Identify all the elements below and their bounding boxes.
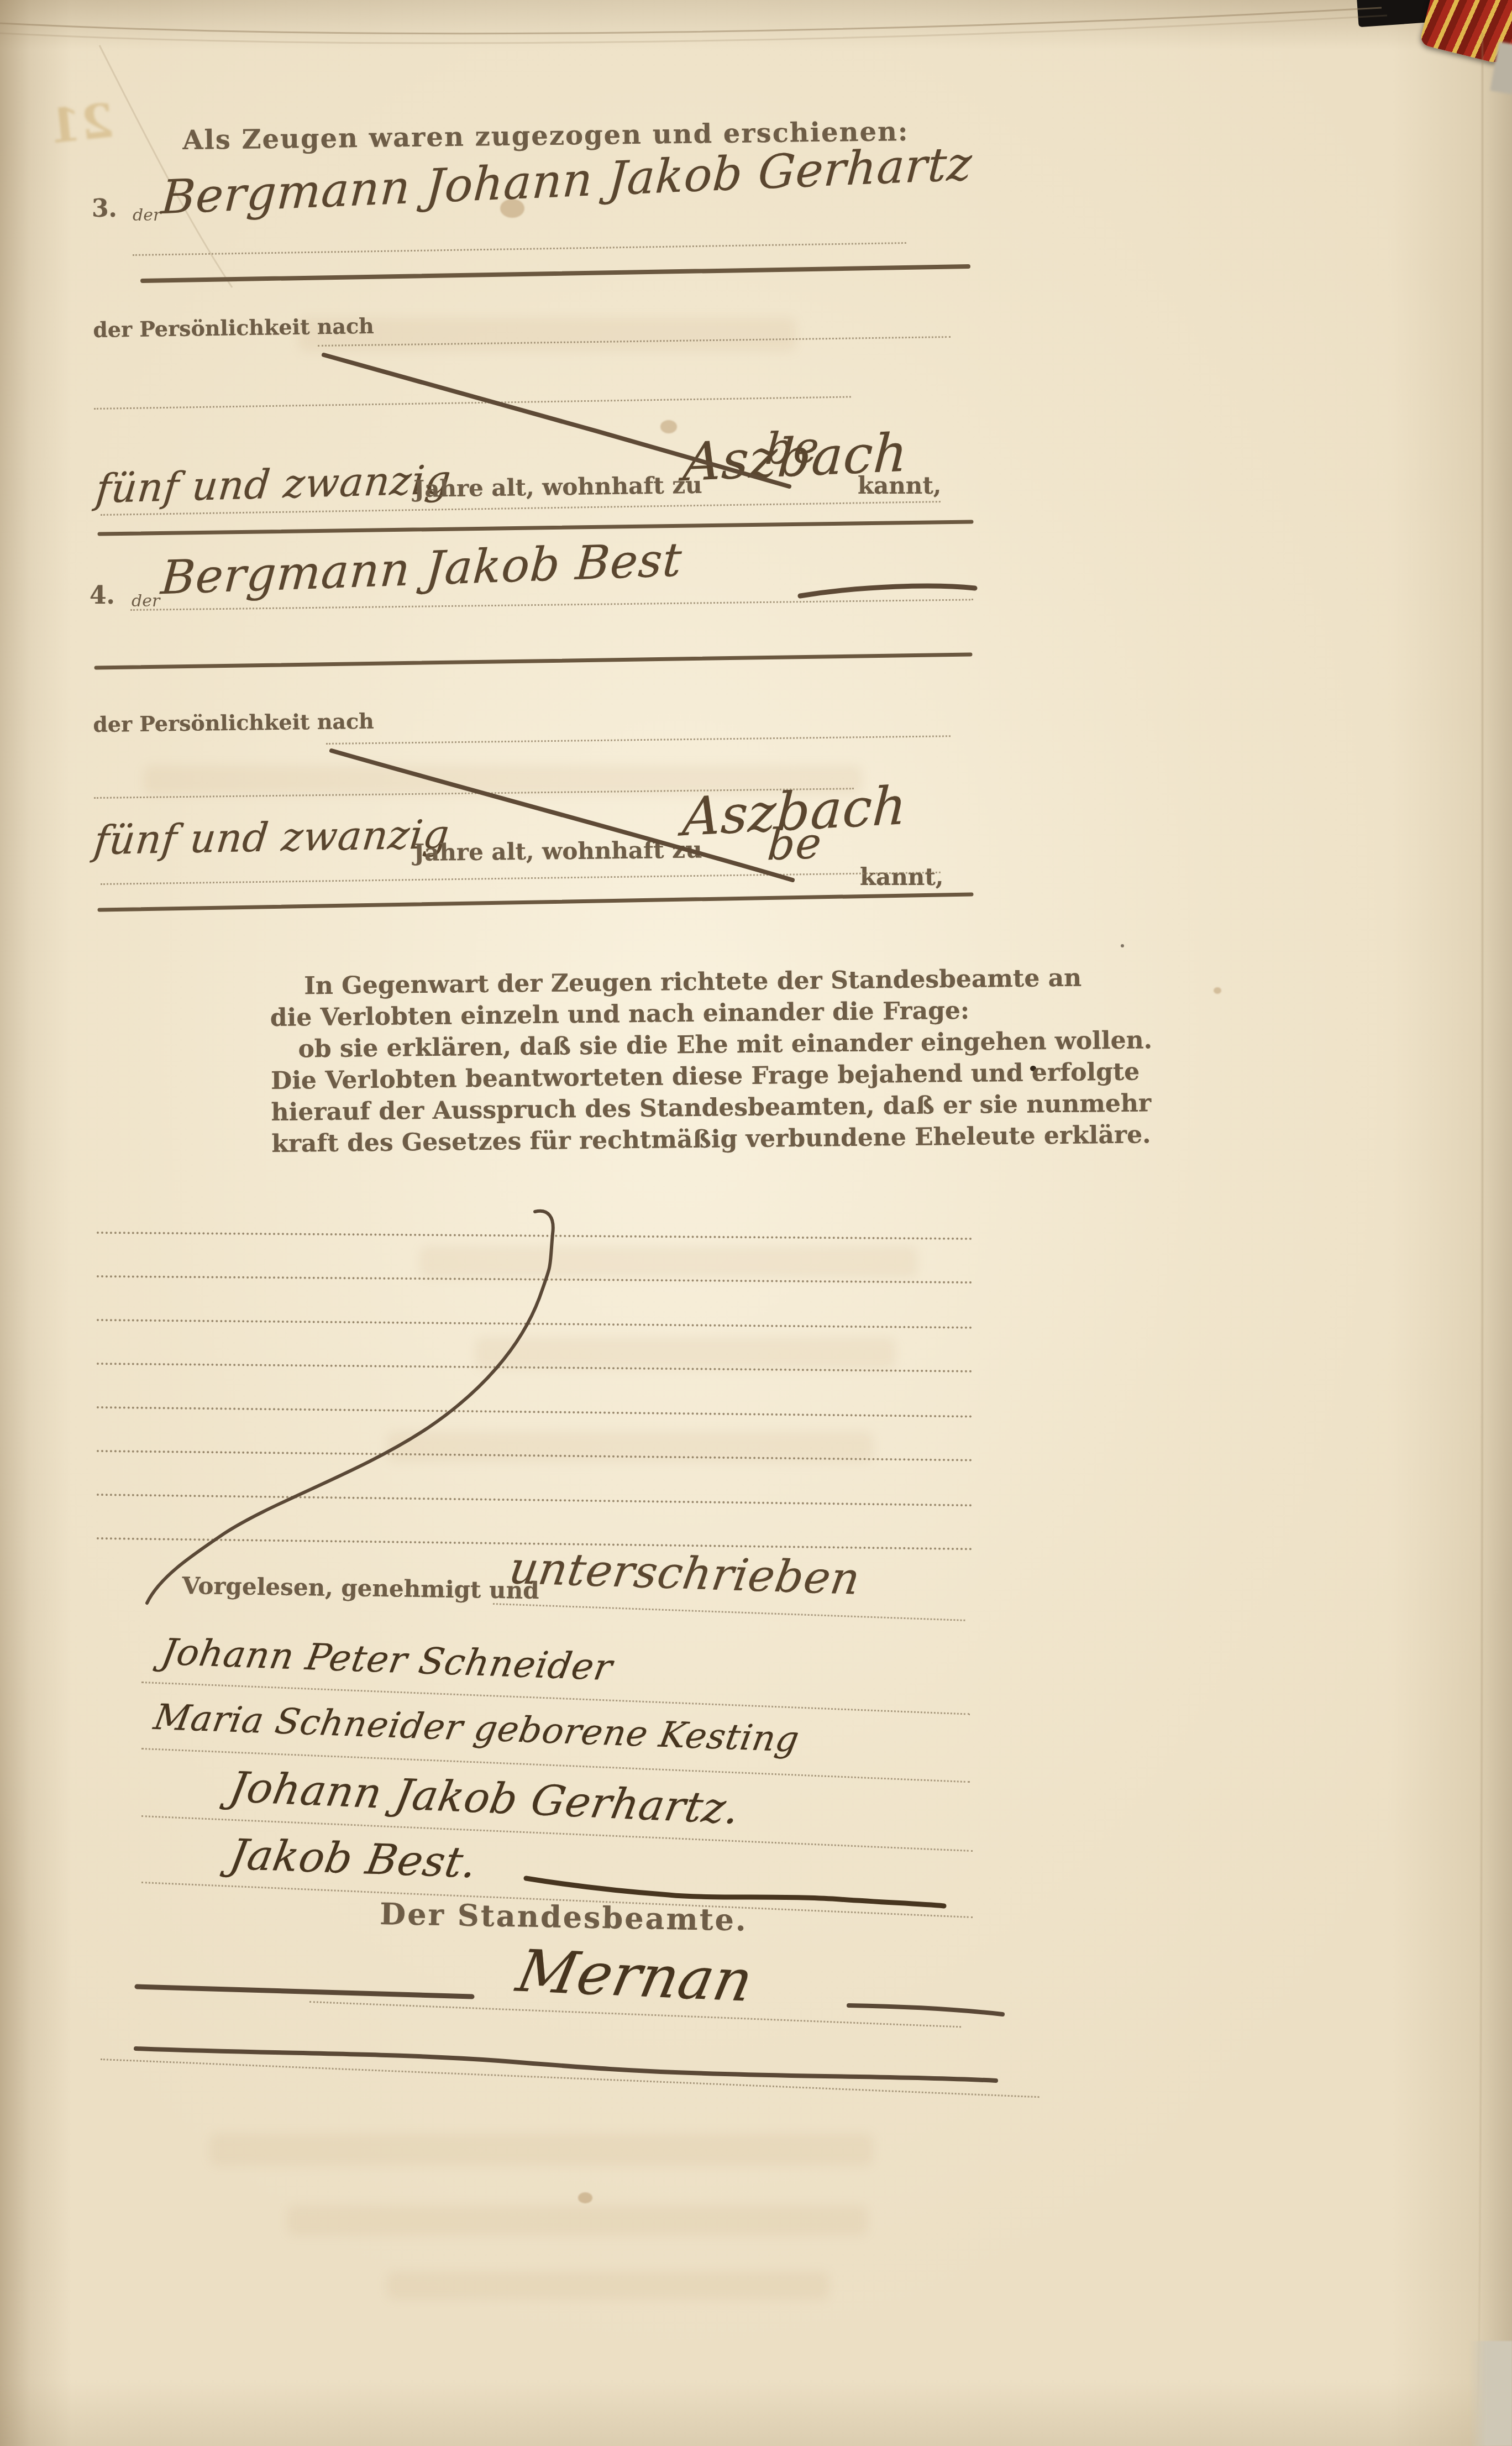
signature-bride: Maria Schneider geborene Kesting: [151, 1697, 802, 1760]
rule-dotted: [97, 1232, 973, 1240]
witness4-name-handwriting: Bergmann Jakob Best: [159, 532, 684, 605]
fox-spot: [660, 420, 677, 433]
register-page: 21 Als Zeugen waren zugezogen und erschi…: [0, 0, 1512, 2446]
bleed-smudge: [387, 2272, 829, 2300]
rule-dotted: [326, 735, 951, 745]
closing-handwritten: unterschrieben: [506, 1542, 864, 1604]
pen-strokes: [0, 0, 1512, 2446]
rule-dotted: [97, 1494, 973, 1506]
declaration-paragraph: In Gegenwart der Zeugen richtete der Sta…: [270, 963, 1001, 1160]
witness3-identity-label: der Persönlichkeit nach: [93, 313, 374, 342]
witness4-residence-handwriting: Aszbach: [681, 776, 908, 848]
witness4-identity-word: kannt,: [860, 863, 943, 891]
fox-spot: [1214, 987, 1221, 994]
rule-dotted: [133, 242, 906, 256]
rule-dotted: [94, 396, 851, 410]
page-edge-lines: [0, 0, 1512, 2446]
ghost-page-number: 21: [46, 93, 117, 154]
witness3-age-label: Jahre alt, wohnhaft zu: [413, 472, 702, 502]
witness3-age-handwriting: fünf und zwanzig: [94, 456, 453, 512]
closing-printed: Vorgelesen, genehmigt und: [182, 1572, 539, 1604]
rule-dotted: [493, 1603, 965, 1621]
witness4-identity-label: der Persönlichkeit nach: [93, 709, 374, 737]
witness3-article: der: [133, 206, 161, 225]
witness4-number: 4.: [90, 582, 115, 610]
registrar-title: Der Standesbeamte.: [380, 1896, 748, 1938]
bleed-smudge: [475, 1338, 895, 1369]
ink-speck: [1121, 944, 1124, 947]
page-fore-edge: [1474, 33, 1483, 2410]
witness4-age-handwriting: fünf und zwanzig: [92, 811, 452, 863]
registrar-signature: Mernan: [511, 1937, 759, 2015]
rule-dotted: [97, 1406, 973, 1418]
witness3-residence-handwriting: Aszbach: [681, 422, 910, 493]
signature-witness4: Jakob Best.: [226, 1830, 481, 1887]
witness4-age-label: Jahre alt, wohnhaft zu: [413, 836, 702, 866]
next-page-edge: [1469, 2341, 1512, 2446]
signature-groom: Johann Peter Schneider: [158, 1631, 616, 1689]
bleed-smudge: [287, 2206, 868, 2235]
rule-dotted: [97, 1319, 973, 1329]
bleed-smudge: [420, 1246, 917, 1277]
rule-dotted: [101, 2059, 1039, 2098]
witness4-article: der: [132, 591, 160, 611]
fox-spot: [578, 2192, 592, 2203]
rule-dotted: [101, 872, 941, 885]
witness3-number: 3.: [92, 195, 117, 223]
bleed-smudge: [210, 2134, 873, 2166]
